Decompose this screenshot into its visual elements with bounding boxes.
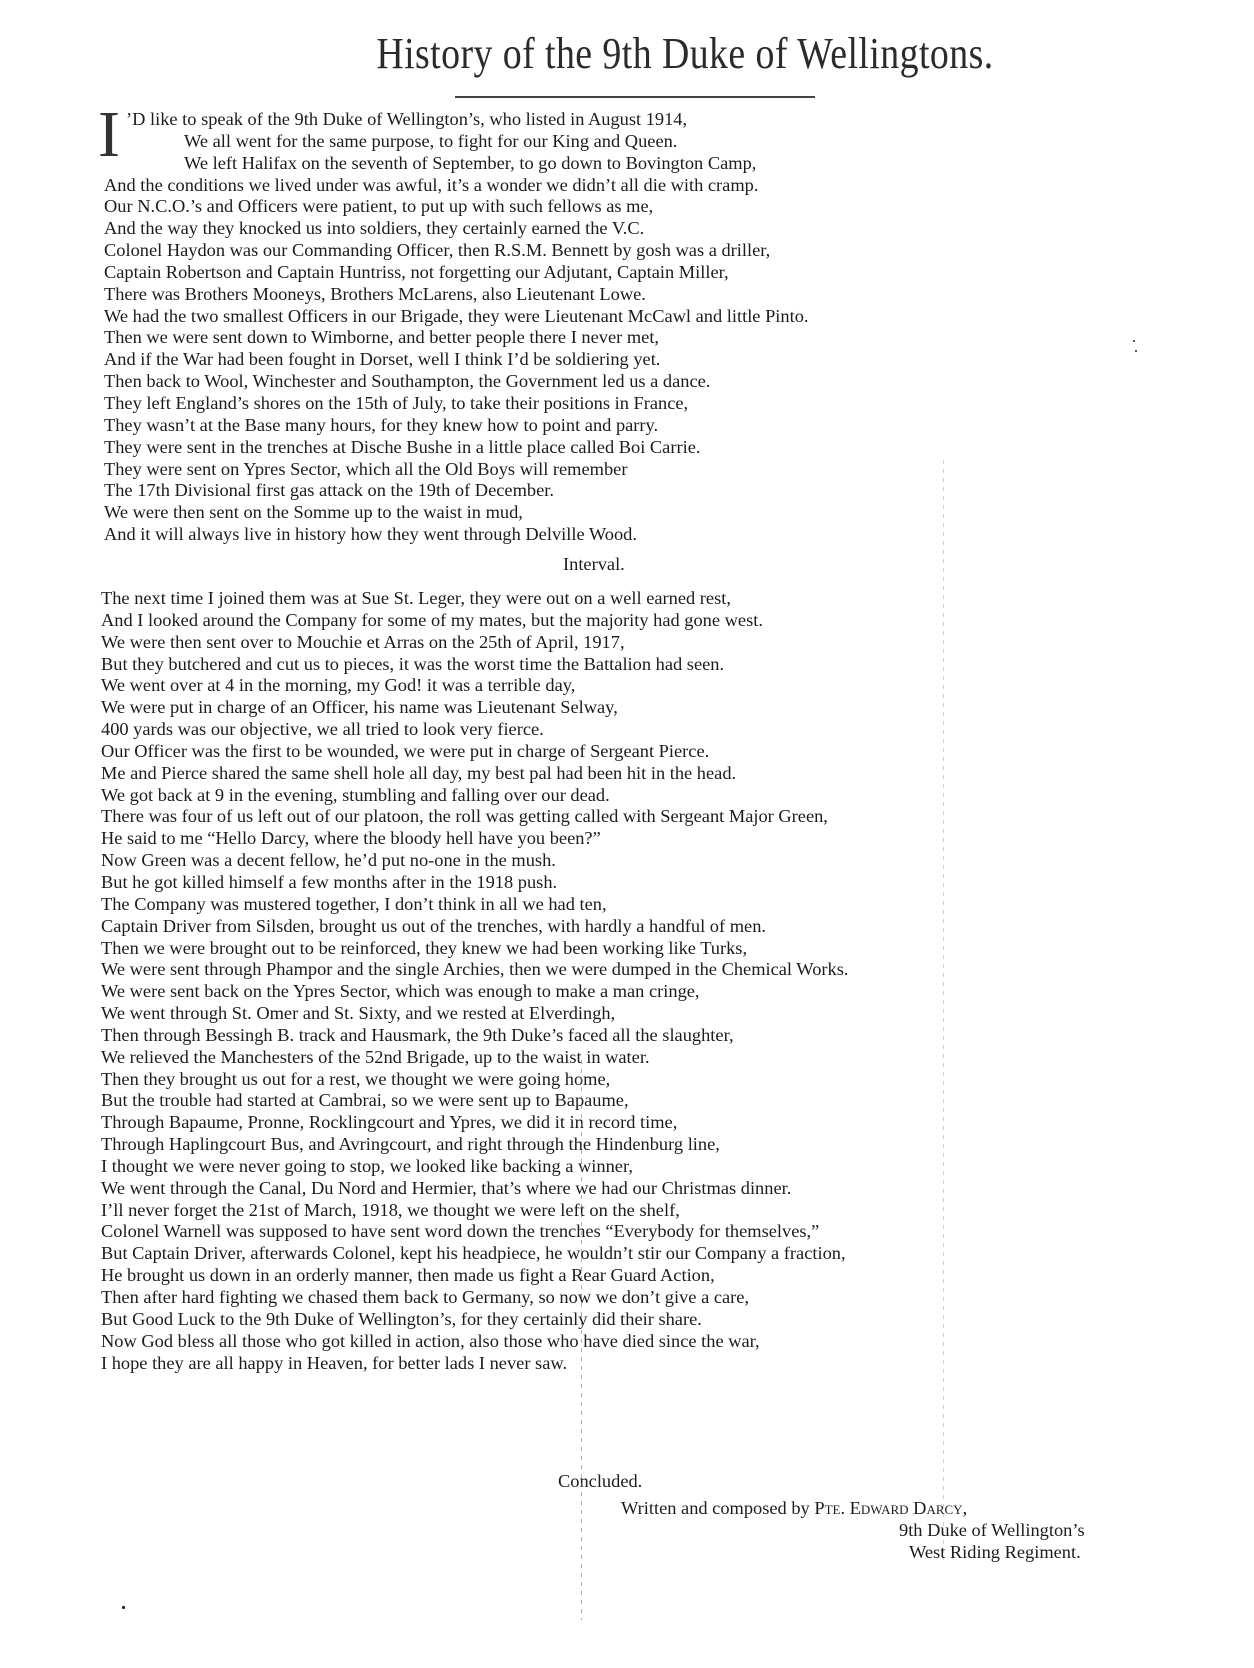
verse-line: We were sent back on the Ypres Sector, w…	[101, 981, 1181, 1003]
verse-line: They left England’s shores on the 15th o…	[104, 393, 1184, 415]
verse-line: Then through Bessingh B. track and Hausm…	[101, 1025, 1181, 1047]
verse-line: I hope they are all happy in Heaven, for…	[101, 1353, 1181, 1375]
verse-line: And if the War had been fought in Dorset…	[104, 349, 1184, 371]
verse-line: We were then sent on the Somme up to the…	[104, 502, 1184, 524]
signature-rank: Pte.	[814, 1498, 845, 1518]
document-title: History of the 9th Duke of Wellingtons.	[146, 28, 1224, 79]
interval-heading: Interval.	[563, 554, 625, 575]
verse-line: And the way they knocked us into soldier…	[104, 218, 1184, 240]
verse-line: ’D like to speak of the 9th Duke of Well…	[104, 109, 1184, 131]
scan-fold-mark	[943, 460, 944, 1560]
verse-line: And it will always live in history how t…	[104, 524, 1184, 546]
verse-line: Me and Pierce shared the same shell hole…	[101, 763, 1181, 785]
verse-line: Colonel Warnell was supposed to have sen…	[101, 1221, 1181, 1243]
verse-line: We were sent through Phampor and the sin…	[101, 959, 1181, 981]
verse-line: Then we were brought out to be reinforce…	[101, 938, 1181, 960]
verse-line: We went over at 4 in the morning, my God…	[101, 675, 1181, 697]
verse-line: He brought us down in an orderly manner,…	[101, 1265, 1181, 1287]
verse-line: But Good Luck to the 9th Duke of Welling…	[101, 1309, 1181, 1331]
title-divider	[455, 96, 815, 98]
verse-line: We left Halifax on the seventh of Septem…	[104, 153, 1184, 175]
signature-credit-line: Written and composed by Pte. Edward Darc…	[621, 1497, 967, 1519]
verse-line: I thought we were never going to stop, w…	[101, 1156, 1181, 1178]
verse-line: But he got killed himself a few months a…	[101, 872, 1181, 894]
verse-line: But the trouble had started at Cambrai, …	[101, 1090, 1181, 1112]
verse-line: Captain Driver from Silsden, brought us …	[101, 916, 1181, 938]
verse-line: Our Officer was the first to be wounded,…	[101, 741, 1181, 763]
part-two-stanza: The next time I joined them was at Sue S…	[101, 588, 1181, 1374]
verse-line: We were then sent over to Mouchie et Arr…	[101, 632, 1181, 654]
verse-line: The Company was mustered together, I don…	[101, 894, 1181, 916]
verse-line: But Captain Driver, afterwards Colonel, …	[101, 1243, 1181, 1265]
verse-line: Colonel Haydon was our Commanding Office…	[104, 240, 1184, 262]
verse-line: They wasn’t at the Base many hours, for …	[104, 415, 1184, 437]
verse-line: We relieved the Manchesters of the 52nd …	[101, 1047, 1181, 1069]
verse-line: Now God bless all those who got killed i…	[101, 1331, 1181, 1353]
signature-prefix: Written and composed by	[621, 1498, 814, 1518]
scan-speck	[122, 1606, 125, 1609]
verse-line: I’ll never forget the 21st of March, 191…	[101, 1200, 1181, 1222]
verse-line: Through Haplingcourt Bus, and Avringcour…	[101, 1134, 1181, 1156]
verse-line: They were sent on Ypres Sector, which al…	[104, 459, 1184, 481]
verse-line: We all went for the same purpose, to fig…	[104, 131, 1184, 153]
scan-speck	[1133, 340, 1135, 342]
signature-regiment-line: West Riding Regiment.	[909, 1541, 1081, 1563]
verse-line: There was Brothers Mooneys, Brothers McL…	[104, 284, 1184, 306]
verse-line: Then after hard fighting we chased them …	[101, 1287, 1181, 1309]
verse-line: We were put in charge of an Officer, his…	[101, 697, 1181, 719]
document-page: History of the 9th Duke of Wellingtons. …	[0, 0, 1254, 1668]
part-one-stanza: I ’D like to speak of the 9th Duke of We…	[104, 109, 1184, 546]
verse-line: And the conditions we lived under was aw…	[104, 175, 1184, 197]
verse-line: We had the two smallest Officers in our …	[104, 306, 1184, 328]
verse-line: Then they brought us out for a rest, we …	[101, 1069, 1181, 1091]
scan-fold-mark	[581, 1060, 582, 1620]
verse-line: Captain Robertson and Captain Huntriss, …	[104, 262, 1184, 284]
verse-line: They were sent in the trenches at Dische…	[104, 437, 1184, 459]
verse-line: Then we were sent down to Wimborne, and …	[104, 327, 1184, 349]
verse-line: But they butchered and cut us to pieces,…	[101, 654, 1181, 676]
verse-line: There was four of us left out of our pla…	[101, 806, 1181, 828]
verse-line: Through Bapaume, Pronne, Rocklingcourt a…	[101, 1112, 1181, 1134]
verse-line: Now Green was a decent fellow, he’d put …	[101, 850, 1181, 872]
verse-line: The 17th Divisional first gas attack on …	[104, 480, 1184, 502]
verse-line: 400 yards was our objective, we all trie…	[101, 719, 1181, 741]
signature-name: Edward Darcy,	[850, 1498, 968, 1518]
verse-line: We got back at 9 in the evening, stumbli…	[101, 785, 1181, 807]
verse-line: Our N.C.O.’s and Officers were patient, …	[104, 196, 1184, 218]
verse-line: And I looked around the Company for some…	[101, 610, 1181, 632]
concluded-heading: Concluded.	[558, 1471, 642, 1492]
verse-line: We went through St. Omer and St. Sixty, …	[101, 1003, 1181, 1025]
drop-cap-letter: I	[98, 105, 120, 165]
verse-line: He said to me “Hello Darcy, where the bl…	[101, 828, 1181, 850]
signature-unit-line: 9th Duke of Wellington’s	[899, 1519, 1085, 1541]
verse-line: Then back to Wool, Winchester and Southa…	[104, 371, 1184, 393]
verse-line: We went through the Canal, Du Nord and H…	[101, 1178, 1181, 1200]
scan-speck	[1135, 350, 1137, 352]
verse-line: The next time I joined them was at Sue S…	[101, 588, 1181, 610]
